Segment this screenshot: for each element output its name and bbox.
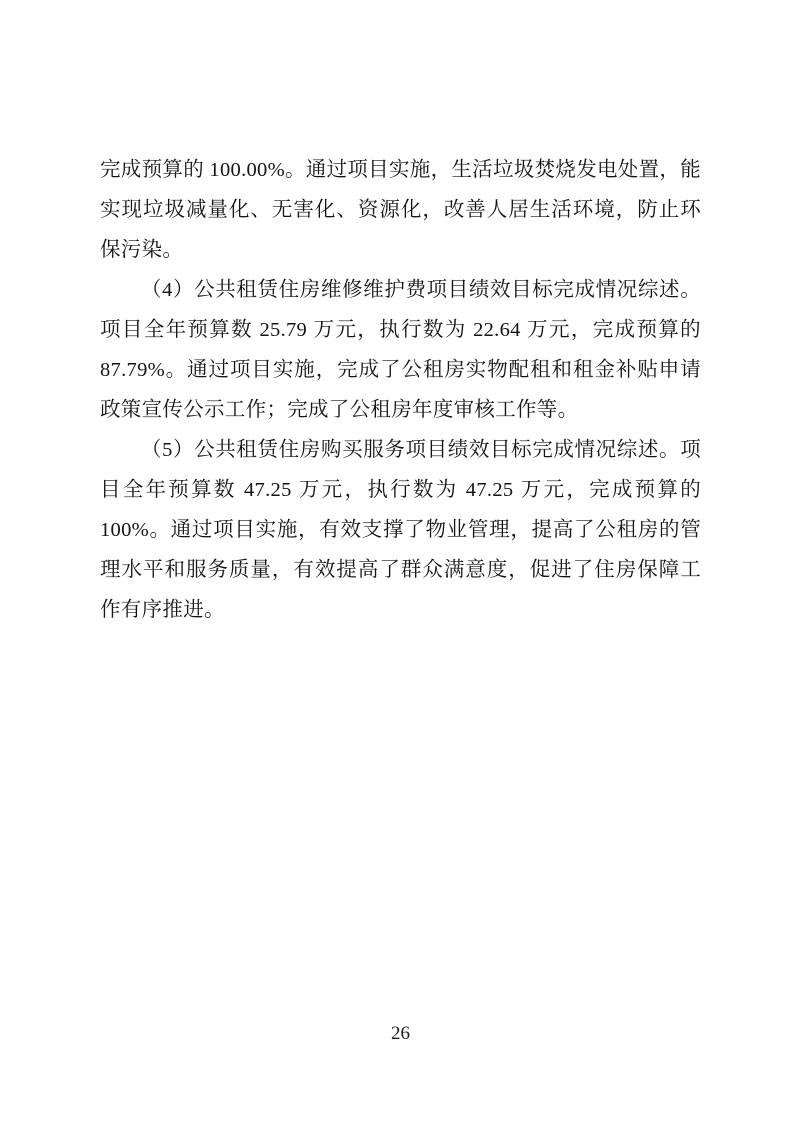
paragraph-item-5: （5）公共租赁住房购买服务项目绩效目标完成情况综述。项目全年预算数 47.25 … [100,430,701,630]
page-number: 26 [100,1021,701,1047]
paragraph-item-4: （4）公共租赁住房维修维护费项目绩效目标完成情况综述。项目全年预算数 25.79… [100,270,701,430]
document-body-text: 完成预算的 100.00%。通过项目实施，生活垃圾焚烧发电处置，能实现垃圾减量化… [100,150,701,630]
document-page: 完成预算的 100.00%。通过项目实施，生活垃圾焚烧发电处置，能实现垃圾减量化… [0,0,793,1122]
paragraph-continuation: 完成预算的 100.00%。通过项目实施，生活垃圾焚烧发电处置，能实现垃圾减量化… [100,150,701,270]
